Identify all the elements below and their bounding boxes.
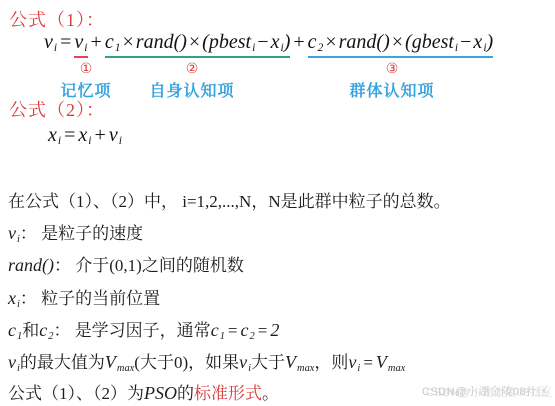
plus-sign: + bbox=[290, 31, 307, 53]
plus-sign: + bbox=[92, 124, 109, 146]
math-term-vi: vi bbox=[8, 223, 20, 243]
equals-sign: = bbox=[61, 124, 78, 146]
math-term-vmax: Vmax bbox=[105, 352, 134, 372]
circled-number-3: ③ bbox=[327, 62, 457, 76]
math-term-c1: c1 bbox=[8, 320, 22, 340]
term-vi-rhs: vi bbox=[109, 124, 122, 146]
math-term-vi: vi bbox=[8, 352, 20, 372]
definition-position: xi： 粒子的当前位置 bbox=[8, 284, 160, 309]
formula1-equation: vi=vi+c1×rand()×(pbesti−xi)+c2×rand()×(g… bbox=[44, 31, 493, 54]
definition-velocity: vi： 是粒子的速度 bbox=[8, 219, 143, 244]
math-term-xi: xi bbox=[8, 288, 20, 308]
memory-term: vi bbox=[74, 31, 87, 58]
highlighted-standard-form: 标准形式 bbox=[194, 384, 262, 403]
math-term-vmax: Vmax bbox=[285, 352, 314, 372]
math-term-rand: rand() bbox=[8, 255, 54, 275]
definition-vmax: vi的最大值为Vmax(大于0)，如果vi大于Vmax，则vi=Vmax bbox=[8, 348, 405, 373]
social-cognition-term: c2×rand()×(gbesti−xi) bbox=[308, 31, 494, 58]
math-term-vi: vi bbox=[239, 352, 251, 372]
definition-learning-factors: c1和c2： 是学习因子，通常c1=c2=2 bbox=[8, 316, 279, 341]
formula2-heading: 公式（2）： bbox=[9, 96, 105, 122]
paragraph-intro: 在公式（1）、（2）中， i=1,2,...,N，N是此群中粒子的总数。 bbox=[8, 187, 451, 212]
definition-rand: rand()： 介于(0,1)之间的随机数 bbox=[8, 251, 244, 276]
math-term-c2: c2 bbox=[39, 320, 53, 340]
self-cognition-term: c1×rand()×(pbesti−xi) bbox=[105, 31, 291, 58]
annotation-self-cognition: ② 自身认知项 bbox=[127, 62, 257, 101]
term-xi-rhs: xi bbox=[78, 124, 91, 146]
annotation-label: 群体认知项 bbox=[327, 78, 457, 101]
csdn-watermark: CSDN@小湖金陵08社区 bbox=[422, 383, 549, 399]
term-xi-lhs: xi bbox=[48, 124, 61, 146]
term-vi-lhs: vi bbox=[44, 31, 57, 53]
math-term-c2: c2 bbox=[241, 320, 255, 340]
equals-sign: = bbox=[57, 31, 74, 53]
plus-sign: + bbox=[88, 31, 105, 53]
annotation-social-cognition: ③ 群体认知项 bbox=[327, 62, 457, 101]
conclusion-line: 公式（1）、（2）为PSO的标准形式。 bbox=[8, 379, 279, 404]
circled-number-2: ② bbox=[127, 62, 257, 76]
annotation-label: 自身认知项 bbox=[127, 78, 257, 101]
math-term-pso: PSO bbox=[144, 383, 177, 403]
math-term-vmax: Vmax bbox=[376, 352, 405, 372]
formula1-heading: 公式（1）： bbox=[9, 6, 105, 32]
math-term-c1: c1 bbox=[211, 320, 225, 340]
formula2-equation: xi=xi+vi bbox=[48, 124, 122, 147]
pso-formula-document: 公式（1）： vi=vi+c1×rand()×(pbesti−xi)+c2×ra… bbox=[0, 0, 555, 406]
math-term-vi: vi bbox=[348, 352, 360, 372]
